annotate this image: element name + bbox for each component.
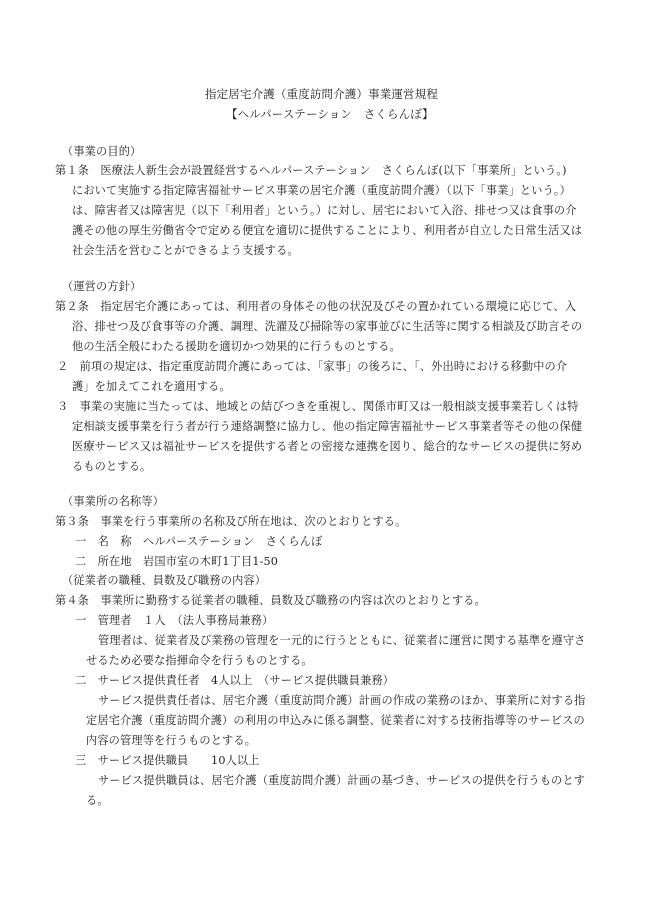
article-2-para-3-line-4: るものとする。 <box>72 460 151 474</box>
article-1-line-2: において実施する指定障害福祉サービス事業の居宅介護（重度訪問介護）（以下「事業」… <box>72 184 571 198</box>
article-2-para-3-line-3: 医療サービス又は福祉サービスを提供する者との密接な連携を図り、総合的なサービスの… <box>72 440 582 454</box>
article-2-line-3: 他の生活全般にわたる援助を適切かつ効果的に行うものとする。 <box>72 340 401 354</box>
document-page: 指定居宅介護（重度訪問介護）事業運営規程 【ヘルパーステーション さくらんぼ】 … <box>0 0 645 913</box>
article-4-item-service-staff: 三 サービス提供職員 10人以上 <box>75 754 260 768</box>
article-3-item-address: 二 所在地 岩国市室の木町1丁目1-50 <box>75 555 278 569</box>
section-heading-office-name: （事業所の名称等） <box>62 495 164 509</box>
article-1-line-4: 護その他の厚生労働省令で定める便宜を適切に提供することにより、利用者が自立した日… <box>72 224 582 238</box>
article-4-service-manager-desc-2: 定居宅介護（重度訪問介護）の利用の申込みに係る調整、従業者に対する技術指導等のサ… <box>86 714 585 728</box>
article-4-manager-desc-2: せるため必要な指揮命令を行うものとする。 <box>86 654 313 668</box>
article-4-service-manager-desc-1: サービス提供責任者は、居宅介護（重度訪問介護）計画の作成の業務のほか、事業所に対… <box>98 694 586 708</box>
article-4-item-service-manager: 二 サービス提供責任者 4人以上 （サービス提供職員兼務） <box>75 674 394 688</box>
article-2-para-3-line-2: 定相談支援事業を行う者が行う連絡調整に協力し、他の指定障害福祉サービス事業者等そ… <box>72 420 582 434</box>
article-2-para-3-line-1: ３ 事業の実施に当たっては、地域との結びつきを重視し、関係市町又は一般相談支援事… <box>57 400 579 414</box>
article-4-service-manager-desc-3: 内容の管理等を行うものとする。 <box>86 734 256 748</box>
article-1-line-5: 社会生活を営むことができるよう支援する。 <box>72 244 299 258</box>
article-2-para-2-line-1: ２ 前項の規定は、指定重度訪問介護にあっては、「家事」の後ろに、「、外出時におけ… <box>57 360 567 374</box>
article-1-line-1: 第１条 医療法人新生会が設置経営するヘルパーステーション さくらんぼ(以下「事業… <box>55 164 567 178</box>
article-1-line-3: は、障害者又は障害児（以下「利用者」という。）に対し、居宅において入浴、排せつ又… <box>72 204 577 218</box>
section-heading-staff: （従業者の職種、員数及び職務の内容） <box>62 574 266 588</box>
document-title: 指定居宅介護（重度訪問介護）事業運営規程 <box>205 87 438 101</box>
article-2-para-2-line-2: 護」を加えてこれを適用する。 <box>72 380 231 394</box>
article-3-item-name: 一 名 称 ヘルパーステーション さくらんぼ <box>75 535 322 549</box>
article-2-line-1: 第２条 指定居宅介護にあっては、利用者の身体その他の状況及びその置かれている環境… <box>55 300 576 314</box>
article-3-line-1: 第３条 事業を行う事業所の名称及び所在地は、次のとおりとする。 <box>55 515 406 529</box>
document-subtitle: 【ヘルパーステーション さくらんぼ】 <box>226 107 434 121</box>
article-4-line-1: 第４条 事業所に勤務する従業者の職種、員数及び職務の内容は次のとおりとする。 <box>55 594 486 608</box>
article-4-item-manager: 一 管理者 １人 （法人事務局兼務） <box>75 614 273 628</box>
section-heading-purpose: （事業の目的） <box>62 145 141 159</box>
article-2-line-2: 浴、排せつ及び食事等の介護、調理、洗濯及び掃除等の家事並びに生活等に関する相談及… <box>72 320 582 334</box>
article-4-service-staff-desc-1: サービス提供職員は、居宅介護（重度訪問介護）計画の基づき、サービスの提供を行うも… <box>98 774 585 788</box>
article-4-service-staff-desc-2: る。 <box>86 794 109 808</box>
section-heading-policy: （運営の方針） <box>62 280 141 294</box>
article-4-manager-desc-1: 管理者は、従業者及び業務の管理を一元的に行うとともに、従業者に運営に関する基準を… <box>98 634 586 648</box>
